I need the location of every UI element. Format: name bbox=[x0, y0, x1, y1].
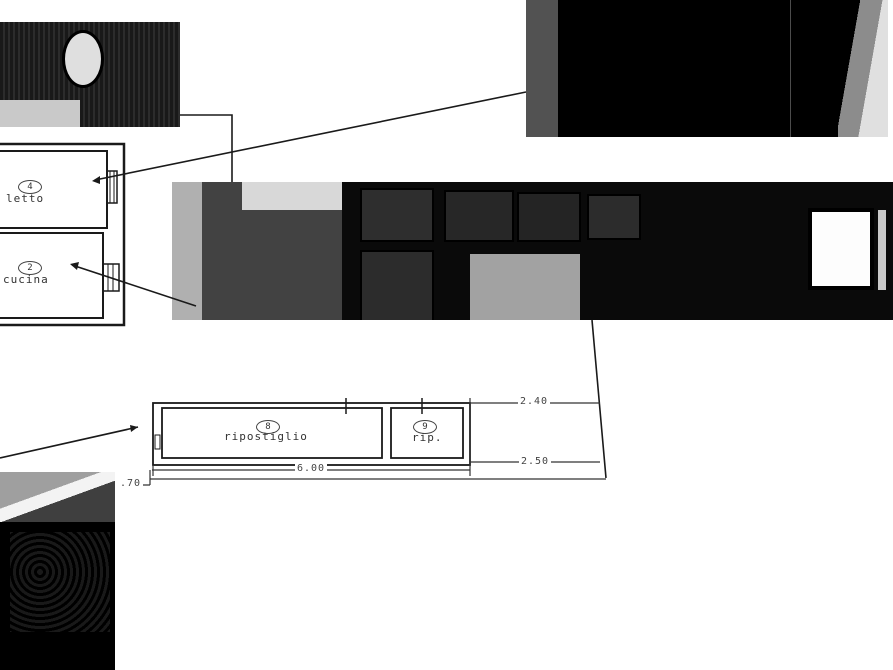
dimension-lines bbox=[122, 398, 606, 485]
leader-lines bbox=[0, 92, 606, 478]
dimension-width-total: 6.00 bbox=[295, 463, 327, 474]
room-label-ripostiglio: ripostiglio bbox=[224, 430, 308, 443]
dimension-depth-outer: 2.40 bbox=[518, 396, 550, 407]
dimension-depth-inner: 2.50 bbox=[519, 456, 551, 467]
upper-plan-walls bbox=[0, 144, 124, 325]
room-label-letto: letto bbox=[6, 192, 44, 205]
drawing-layer bbox=[0, 0, 893, 670]
dimension-wall-offset: .70 bbox=[118, 478, 143, 489]
room-label-rip: rip. bbox=[412, 431, 443, 444]
room-label-cucina: cucina bbox=[3, 273, 49, 286]
